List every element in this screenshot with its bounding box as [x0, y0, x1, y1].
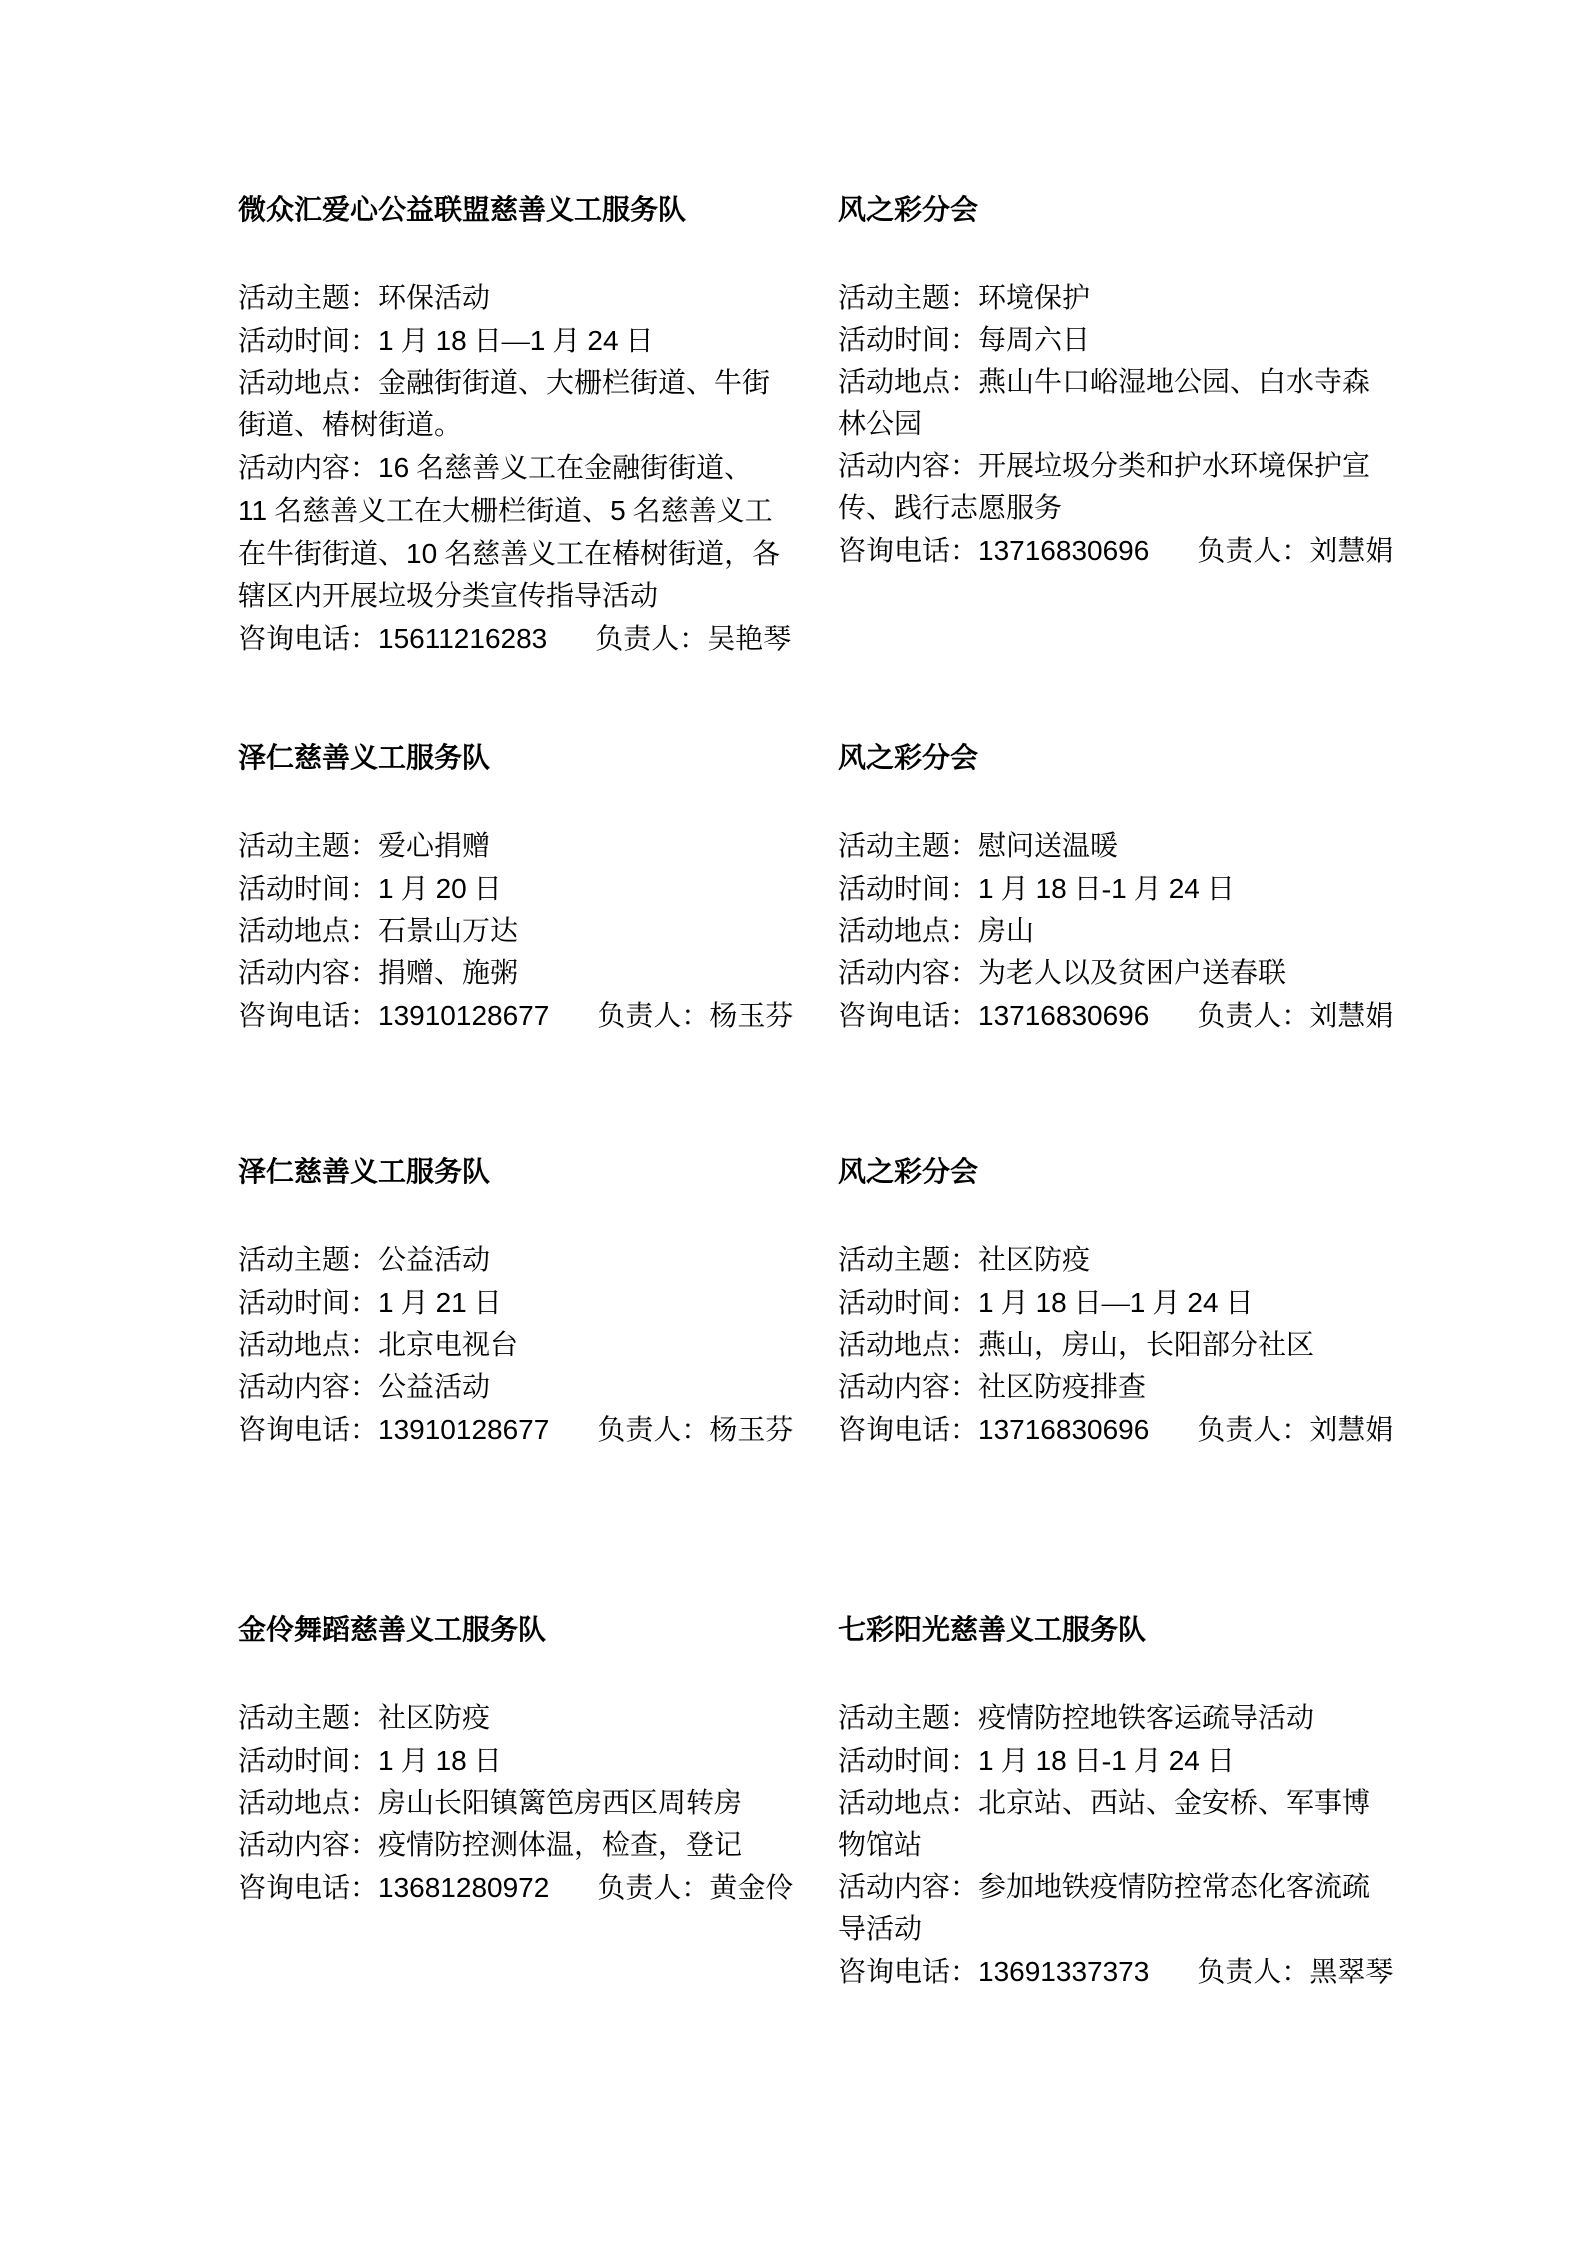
contact-line: 咨询电话：13716830696负责人：刘慧娟 — [838, 995, 1413, 1038]
manager-name: 黄金伶 — [709, 1873, 793, 1904]
manager-name: 杨玉芬 — [709, 1415, 793, 1446]
activity-detail-line: 林公园 — [838, 404, 1413, 446]
activity-details: 活动主题：环保活动活动时间：1 月 18 日—1 月 24 日活动地点：金融街街… — [238, 278, 813, 618]
activity-detail-line: 活动内容：开展垃圾分类和护水环境保护宣 — [838, 446, 1413, 488]
activity-detail-line: 物馆站 — [838, 1825, 1413, 1867]
phone-label: 咨询电话： — [238, 1001, 378, 1032]
phone-label: 咨询电话： — [238, 1415, 378, 1446]
activity-detail-line: 活动主题：社区防疫 — [238, 1698, 813, 1740]
activity-detail-line: 活动时间：1 月 18 日-1 月 24 日 — [838, 868, 1413, 911]
manager-label: 负责人： — [1197, 1001, 1309, 1032]
activity-detail-line: 活动时间：1 月 18 日—1 月 24 日 — [238, 320, 813, 363]
activity-detail-line: 活动时间：1 月 21 日 — [238, 1282, 813, 1325]
manager-name: 杨玉芬 — [709, 1001, 793, 1032]
activity-detail-line: 活动主题：爱心捐赠 — [238, 826, 813, 868]
activity-detail-line: 活动时间：1 月 18 日-1 月 24 日 — [838, 1740, 1413, 1783]
phone-label: 咨询电话： — [838, 1957, 978, 1988]
activity-detail-line: 活动时间：1 月 20 日 — [238, 868, 813, 911]
team-name: 风之彩分会 — [838, 1152, 1413, 1194]
activity-detail-line: 传、践行志愿服务 — [838, 488, 1413, 530]
team-name: 泽仁慈善义工服务队 — [238, 1152, 813, 1194]
phone-number: 13691337373 — [978, 1956, 1149, 1987]
contact-line: 咨询电话：15611216283负责人：吴艳琴 — [238, 618, 813, 661]
activity-detail-line: 辖区内开展垃圾分类宣传指导活动 — [238, 576, 813, 618]
activity-detail-line: 活动内容：疫情防控测体温，检查，登记 — [238, 1825, 813, 1867]
activity-detail-line: 活动内容：为老人以及贫困户送春联 — [838, 953, 1413, 995]
team-name: 金伶舞蹈慈善义工服务队 — [238, 1610, 813, 1652]
activity-detail-line: 活动地点：石景山万达 — [238, 911, 813, 953]
phone-number: 13716830696 — [978, 535, 1149, 566]
activity-detail-line: 活动内容：参加地铁疫情防控常态化客流疏 — [838, 1867, 1413, 1909]
activity-detail-line: 11 名慈善义工在大栅栏街道、5 名慈善义工 — [238, 490, 813, 533]
activity-details: 活动主题：疫情防控地铁客运疏导活动活动时间：1 月 18 日-1 月 24 日活… — [838, 1698, 1413, 1951]
activity-details: 活动主题：环境保护活动时间：每周六日活动地点：燕山牛口峪湿地公园、白水寺森林公园… — [838, 278, 1413, 530]
activity-detail-line: 活动时间：1 月 18 日—1 月 24 日 — [838, 1282, 1413, 1325]
document-page: 微众汇爱心公益联盟慈善义工服务队 活动主题：环保活动活动时间：1 月 18 日—… — [0, 0, 1587, 2245]
activity-block: 微众汇爱心公益联盟慈善义工服务队 活动主题：环保活动活动时间：1 月 18 日—… — [238, 190, 813, 661]
manager-name: 刘慧娟 — [1309, 1415, 1393, 1446]
activity-detail-line: 活动地点：金融街街道、大栅栏街道、牛街 — [238, 363, 813, 405]
activity-detail-line: 活动内容：社区防疫排查 — [838, 1367, 1413, 1409]
manager-label: 负责人： — [1197, 1957, 1309, 1988]
activity-block: 泽仁慈善义工服务队 活动主题：爱心捐赠活动时间：1 月 20 日活动地点：石景山… — [238, 738, 813, 1038]
manager-label: 负责人： — [1197, 536, 1309, 567]
activity-details: 活动主题：公益活动活动时间：1 月 21 日活动地点：北京电视台活动内容：公益活… — [238, 1240, 813, 1409]
activity-detail-line: 活动内容：16 名慈善义工在金融街街道、 — [238, 447, 813, 490]
activity-detail-line: 活动内容：公益活动 — [238, 1367, 813, 1409]
phone-number: 13910128677 — [378, 1414, 549, 1445]
activity-detail-line: 活动地点：房山长阳镇篱笆房西区周转房 — [238, 1783, 813, 1825]
manager-name: 黑翠琴 — [1309, 1957, 1393, 1988]
contact-line: 咨询电话：13691337373负责人：黑翠琴 — [838, 1951, 1413, 1994]
contact-line: 咨询电话：13910128677负责人：杨玉芬 — [238, 995, 813, 1038]
activity-block: 风之彩分会 活动主题：慰问送温暖活动时间：1 月 18 日-1 月 24 日活动… — [838, 738, 1413, 1038]
phone-label: 咨询电话： — [838, 1001, 978, 1032]
activity-detail-line: 活动主题：疫情防控地铁客运疏导活动 — [838, 1698, 1413, 1740]
activity-detail-line: 活动主题：公益活动 — [238, 1240, 813, 1282]
activity-detail-line: 活动内容：捐赠、施粥 — [238, 953, 813, 995]
activity-detail-line: 活动主题：慰问送温暖 — [838, 826, 1413, 868]
contact-line: 咨询电话：13716830696负责人：刘慧娟 — [838, 530, 1413, 573]
team-name: 微众汇爱心公益联盟慈善义工服务队 — [238, 190, 813, 232]
activity-detail-line: 活动主题：环保活动 — [238, 278, 813, 320]
activity-detail-line: 导活动 — [838, 1909, 1413, 1951]
phone-number: 13910128677 — [378, 1000, 549, 1031]
activity-detail-line: 活动主题：环境保护 — [838, 278, 1413, 320]
activity-block: 泽仁慈善义工服务队 活动主题：公益活动活动时间：1 月 21 日活动地点：北京电… — [238, 1152, 813, 1452]
activity-detail-line: 活动地点：房山 — [838, 911, 1413, 953]
activity-detail-line: 在牛街街道、10 名慈善义工在椿树街道，各 — [238, 533, 813, 576]
team-name: 风之彩分会 — [838, 738, 1413, 780]
phone-number: 13716830696 — [978, 1414, 1149, 1445]
manager-name: 刘慧娟 — [1309, 1001, 1393, 1032]
phone-label: 咨询电话： — [838, 536, 978, 567]
activity-detail-line: 活动时间：1 月 18 日 — [238, 1740, 813, 1783]
manager-label: 负责人： — [1197, 1415, 1309, 1446]
manager-label: 负责人： — [597, 1415, 709, 1446]
team-name: 泽仁慈善义工服务队 — [238, 738, 813, 780]
phone-number: 13716830696 — [978, 1000, 1149, 1031]
manager-label: 负责人： — [595, 624, 707, 655]
contact-line: 咨询电话：13716830696负责人：刘慧娟 — [838, 1409, 1413, 1452]
activity-details: 活动主题：社区防疫活动时间：1 月 18 日活动地点：房山长阳镇篱笆房西区周转房… — [238, 1698, 813, 1867]
activity-detail-line: 活动地点：燕山牛口峪湿地公园、白水寺森 — [838, 362, 1413, 404]
manager-label: 负责人： — [597, 1873, 709, 1904]
activity-detail-line: 活动主题：社区防疫 — [838, 1240, 1413, 1282]
activity-detail-line: 活动地点：北京站、西站、金安桥、军事博 — [838, 1783, 1413, 1825]
phone-label: 咨询电话： — [238, 624, 378, 655]
phone-label: 咨询电话： — [838, 1415, 978, 1446]
phone-label: 咨询电话： — [238, 1873, 378, 1904]
activity-details: 活动主题：社区防疫活动时间：1 月 18 日—1 月 24 日活动地点：燕山，房… — [838, 1240, 1413, 1409]
manager-label: 负责人： — [597, 1001, 709, 1032]
manager-name: 吴艳琴 — [707, 624, 791, 655]
activity-details: 活动主题：爱心捐赠活动时间：1 月 20 日活动地点：石景山万达活动内容：捐赠、… — [238, 826, 813, 995]
activity-detail-line: 活动时间：每周六日 — [838, 320, 1413, 362]
team-name: 七彩阳光慈善义工服务队 — [838, 1610, 1413, 1652]
manager-name: 刘慧娟 — [1309, 536, 1393, 567]
activity-block: 风之彩分会 活动主题：社区防疫活动时间：1 月 18 日—1 月 24 日活动地… — [838, 1152, 1413, 1452]
contact-line: 咨询电话：13910128677负责人：杨玉芬 — [238, 1409, 813, 1452]
contact-line: 咨询电话：13681280972负责人：黄金伶 — [238, 1867, 813, 1910]
activity-detail-line: 街道、椿树街道。 — [238, 405, 813, 447]
activity-block: 风之彩分会 活动主题：环境保护活动时间：每周六日活动地点：燕山牛口峪湿地公园、白… — [838, 190, 1413, 573]
phone-number: 13681280972 — [378, 1872, 549, 1903]
activity-details: 活动主题：慰问送温暖活动时间：1 月 18 日-1 月 24 日活动地点：房山活… — [838, 826, 1413, 995]
activity-detail-line: 活动地点：北京电视台 — [238, 1325, 813, 1367]
phone-number: 15611216283 — [378, 623, 547, 654]
activity-detail-line: 活动地点：燕山，房山，长阳部分社区 — [838, 1325, 1413, 1367]
team-name: 风之彩分会 — [838, 190, 1413, 232]
activity-block: 金伶舞蹈慈善义工服务队 活动主题：社区防疫活动时间：1 月 18 日活动地点：房… — [238, 1610, 813, 1910]
activity-block: 七彩阳光慈善义工服务队 活动主题：疫情防控地铁客运疏导活动活动时间：1 月 18… — [838, 1610, 1413, 1994]
